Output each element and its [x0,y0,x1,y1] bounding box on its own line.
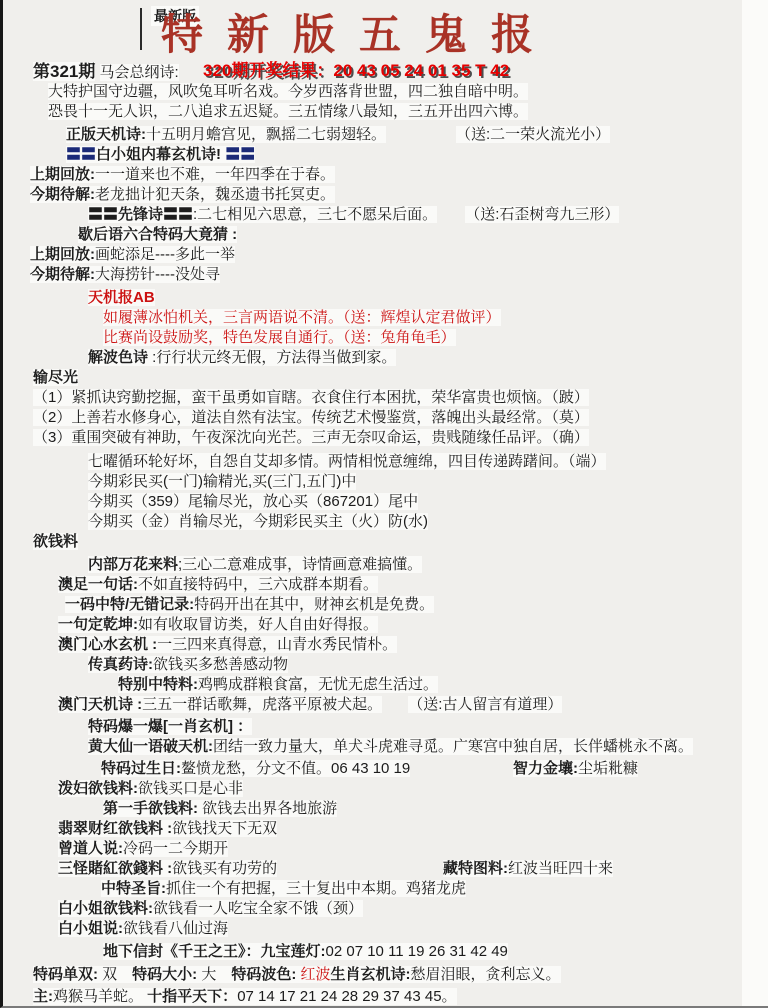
text-segment: 智力金壤: [513,760,578,777]
shujinguang-2: （2）上善若水修身心，道法自然有法宝。传统艺术慢鉴赏，落魄出头最经常。（莫） [3,408,745,428]
jiebose-poem: 解波色诗 :行行状元终无假，方法得当做到家。 [3,348,745,368]
text-segment: 〓〓先锋诗〓〓 [88,206,193,223]
text-segment: 藏特图料: [443,860,508,877]
text-segment: 双 [98,966,132,983]
text-segment: 十五明月蟾宫见，飘摇二七弱翅轻。 [146,126,386,143]
text-segment: 特码过生日: [101,760,181,777]
text-segment: :二七相见六思意，三七不愿呆后面。 [193,206,437,223]
text-segment: （送:古人留言有道理） [408,696,562,713]
shujinguang-1: （1）紧抓诀窍勤挖掘，蛮干虽勇如盲瞎。衣食住行本困扰，荣华富贵也烦恼。（跛） [3,388,745,408]
zhu-xiao-line: 主:鸡猴马羊蛇。 十指平天下：07 14 17 21 24 28 29 37 4… [3,987,745,1007]
text-segment: 今期买（金）肖输尽光，今期彩民买主（火）防(水) [88,513,428,530]
last-issue-replay-2: 上期回放:画蛇添足----多此一举 [3,245,745,265]
tianji-bao-ab-heading: 天机报AB [3,288,745,308]
text-segment: 07 14 17 21 24 28 29 37 43 45。 [237,988,456,1005]
text-segment: 一码中特/无错记录: [65,596,194,613]
text-segment: 翡翠财红欲钱料 : [58,820,172,837]
text-segment: 大海捞针----没处寻 [95,266,220,283]
text-segment: 澳门心水玄机 : [58,636,157,653]
text-segment: 白小姐内幕玄机诗! [96,146,225,163]
text-segment: 七曜循环轮好坏，自怨自艾却多情。两情相悦意缠绵，四目传递踌躇间。（端） [88,453,606,470]
text-segment: 九宝莲灯: [261,943,326,960]
text-segment: 传真药诗: [88,656,153,673]
text-segment: 解波色诗 [88,349,148,366]
text-segment: 团结一致力量大，单犬斗虎难寻觅。广寒宫中独自居，长伴蟠桃永不离。 [213,738,693,755]
text-segment: 地下信封《千王之王》： [103,943,261,960]
text-segment: 泼妇欲钱料: [58,780,138,797]
aozu-yijuhua: 澳足一句话:不如直接特码中，三六成群本期看。 [3,575,745,595]
text-segment: 欲钱看八仙过海 [123,920,228,937]
tema-shengri: 特码过生日:鳌愤龙愁，分文不值。06 43 10 19智力金壤:尘垢粃糠 [3,759,745,779]
text-segment: 欲钱料 [33,533,78,550]
text-segment: 欲钱买多愁善感动物 [153,656,288,673]
text-segment: 内部万花来料 [88,556,178,573]
text-segment: 02 07 10 11 19 26 31 42 49 [326,943,508,960]
yiju-qiankun: 一句定乾坤:如有收取冒访类，好人自由好得报。 [3,615,745,635]
text-segment: 红波当旺四十来 [508,860,613,877]
neibu-wanhua: 内部万花来料;三心二意难成事，诗情画意难搞懂。 [3,555,745,575]
text-segment: 如履薄冰怕机关，三言两语说不清。（送：辉煌认定君做评） [103,309,501,326]
text-segment: 欲钱看一人吃宝全家不饿（颈） [153,900,363,917]
text-segment: 鳌愤龙愁，分文不值。06 43 10 19 [181,760,410,777]
baixiaojie-shuo: 白小姐说:欲钱看八仙过海 [3,919,745,939]
text-segment: 抓住一个有把握，三十复出中本期。鸡猪龙虎 [166,880,466,897]
text-segment: 歇后语六合特码大竟猜 : [78,226,237,243]
text-segment: 天机报AB [88,289,155,306]
feicui-caihong: 翡翠财红欲钱料 :欲钱找天下无双 [3,819,745,839]
text-segment: 欲钱找天下无双 [172,820,277,837]
tianji-poem: 正版天机诗:十五明月蟾宫见，飘摇二七弱翅轻。（送:二一荣火流光小） [3,125,745,145]
pofu-yuqianliao: 泼妇欲钱料:欲钱买口是心非 [3,779,745,799]
text-segment: 主: [33,988,53,1005]
text-segment: 三五一群话歌舞，虎落平原被犬起。 [142,696,382,713]
text-segment: 今期买（359）尾输尽光，放心买（867201）尾中 [88,493,418,510]
baixiaojie-yuqianliao: 白小姐欲钱料:欲钱看一人吃宝全家不饿（颈） [3,899,745,919]
tebie-zhongteliao: 特别中特料:鸡鸭成群粮食富，无忧无虑生活过。 [3,675,745,695]
text-segment: 愁眉泪眼，贪利忘义。 [411,966,561,983]
yuqianliao-heading: 欲钱料 [3,532,745,552]
text-segment: 欲钱买口是心非 [138,780,243,797]
text-segment: 输尽光 [33,369,78,386]
text-segment: 十指平天下： [143,988,237,1005]
text-segment: （送:石歪树弯九三形） [465,206,619,223]
caimin-buy-1: 今期彩民买(一门)输精光,买(三门,五门)中 [3,472,745,492]
text-segment: 红波 [301,966,331,983]
tema-summary: 特码单双: 双 特码大小: 大 特码波色: 红波生肖玄机诗:愁眉泪眼，贪利忘义。 [3,965,745,985]
shujinguang-heading: 输尽光 [3,368,745,388]
zhongte-shengzhi: 中特圣旨:抓住一个有把握，三十复出中本期。鸡猪龙虎 [3,879,745,899]
page-title: 特新版五鬼报 [161,2,557,62]
xiehouyu-heading: 歇后语六合特码大竟猜 : [3,225,745,245]
text-segment: 特码波色: [231,966,300,983]
issue-prefix-label: 马会总纲诗: [100,64,179,81]
text-segment: （1）紧抓诀窍勤挖掘，蛮干虽勇如盲瞎。衣食住行本困扰，荣华富贵也烦恼。（跛） [33,389,589,406]
aomen-xinshui: 澳门心水玄机 :一三四来真得意，山青水秀民情朴。 [3,635,745,655]
text-segment: 正版天机诗: [66,126,146,143]
text-segment: 生肖玄机诗: [331,966,411,983]
text-segment: 一句定乾坤: [58,616,138,633]
issue-row: 第321期 马会总纲诗: [33,57,179,82]
this-issue-pending-1: 今期待解:老龙拙计犯天条，魏丞遗书托冥吏。 [3,185,745,205]
text-segment: 澳门天机诗 : [58,696,142,713]
content-lines: 大特护国守边疆，风吹兔耳听名戏。今岁西落背世盟，四二独自暗中明。恐畏十一无人识，… [3,82,745,1007]
last-issue-replay-1: 上期回放:一一道来也不难，一年四季在于春。 [3,165,745,185]
diyishou-yuqianliao: 第一手欲钱料: 欲钱去出界各地旅游 [3,799,745,819]
sanguai-duhong-right-column: 藏特图料:红波当旺四十来 [443,859,613,879]
text-segment: 大特护国守边疆，风吹兔耳听名戏。今岁西落背世盟，四二独自暗中明。 [48,83,528,100]
text-segment: 一一道来也不难，一年四季在于春。 [95,166,335,183]
text-segment: 白小姐欲钱料: [58,900,153,917]
text-segment: 三怪賭紅欲錢料 : [58,860,172,877]
text-segment: 一三四来真得意，山青水秀民情朴。 [157,636,397,653]
yima-zhongte: 一码中特/无错记录:特码开出在其中，财神玄机是免费。 [3,595,745,615]
xianfeng-poem: 〓〓先锋诗〓〓:二七相见六思意，三七不愿呆后面。（送:石歪树弯九三形） [3,205,745,225]
text-segment: 中特圣旨: [101,880,166,897]
tema-baoyibao: 特码爆一爆[一肖玄机] ： [3,717,745,737]
caimin-buy-3: 今期买（金）肖输尽光，今期彩民买主（火）防(水) [3,512,745,532]
text-segment: 白小姐说: [58,920,123,937]
text-segment: 不如直接特码中，三六成群本期看。 [138,576,378,593]
baixiaojie-banner: 〓〓白小姐内幕玄机诗! 〓〓 [3,145,745,165]
aomen-tianjishi: 澳门天机诗 :三五一群话歌舞，虎落平原被犬起。（送:古人留言有道理） [3,695,745,715]
text-segment: 今期待解: [30,186,95,203]
text-segment: 欲钱去出界各地旅游 [198,800,337,817]
sanguai-duhong: 三怪賭紅欲錢料 :欲钱买有功劳的藏特图料:红波当旺四十来 [3,859,745,879]
text-segment: 〓〓 [66,146,96,163]
shujinguang-3: （3）重围突破有神助，午夜深沈向光芒。三声无奈叹命运，贵贱随缘任品评。（确） [3,428,745,448]
text-segment: 冷码一二今期开 [123,840,228,857]
text-segment: 比赛尚设鼓励奖，特色发展自通行。（送：兔角龟毛） [103,329,456,346]
draw-result-overlay: 320期开奖结果：20 43 05 24 01 35 T 42 [203,56,509,81]
text-segment: （3）重围突破有神助，午夜深沈向光芒。三声无奈叹命运，贵贱随缘任品评。（确） [33,429,589,446]
text-segment: 曾道人说: [58,840,123,857]
text-segment: （送:二一荣火流光小） [456,126,610,143]
text-segment: 鸡猴马羊蛇。 [53,988,143,1005]
report-header: 最新版 特新版五鬼报 [3,0,768,56]
text-segment: 黄大仙一语破天机: [88,738,213,755]
text-segment: （2）上善若水修身心，道法自然有法宝。传统艺术慢鉴赏，落魄出头最经常。（莫） [33,409,589,426]
zongang-poem-1: 大特护国守边疆，风吹兔耳听名戏。今岁西落背世盟，四二独自暗中明。 [3,82,745,102]
text-segment: ;三心二意难成事，诗情画意难搞懂。 [178,556,422,573]
tianji-bao-line-2: 比赛尚设鼓励奖，特色发展自通行。（送：兔角龟毛） [3,328,745,348]
zongang-poem-2: 恐畏十一无人识，二八追求五迟疑。三五情缘八最知，三五开出四六博。 [3,102,745,122]
text-segment: :行行状元终无假，方法得当做到家。 [148,349,396,366]
text-segment: 特码单双: [33,966,98,983]
text-segment: 特码开出在其中，财神玄机是免费。 [194,596,434,613]
text-segment: 澳足一句话: [58,576,138,593]
text-segment: 画蛇添足----多此一举 [95,246,235,263]
title-divider [140,8,142,50]
text-segment: 如有收取冒访类，好人自由好得报。 [138,616,378,633]
page-margin-strip [742,0,768,1006]
text-segment: 特别中特料: [118,676,198,693]
text-segment: 今期待解: [30,266,95,283]
text-segment: 上期回放: [30,166,95,183]
text-segment: 特码爆一爆[一肖玄机] ： [88,718,252,735]
text-segment: 鸡鸭成群粮食富，无忧无虑生活过。 [198,676,438,693]
text-segment: 第一手欲钱料: [103,800,198,817]
issue-number: 第321期 [33,62,95,81]
caimin-buy-2: 今期买（359）尾输尽光，放心买（867201）尾中 [3,492,745,512]
this-issue-pending-2: 今期待解:大海捞针----没处寻 [3,265,745,285]
chuanzhen-yaoshi: 传真药诗:欲钱买多愁善感动物 [3,655,745,675]
text-segment: 老龙拙计犯天条，魏丞遗书托冥吏。 [95,186,335,203]
huangdaxian: 黄大仙一语破天机:团结一致力量大，单犬斗虎难寻觅。广寒宫中独自居，长伴蟠桃永不离… [3,737,745,757]
tema-shengri-right-column: 智力金壤:尘垢粃糠 [513,759,638,779]
qiyao-poem: 七曜循环轮好坏，自怨自艾却多情。两情相悦意缠绵，四目传递踌躇间。（端） [3,452,745,472]
tianji-bao-line-1: 如履薄冰怕机关，三言两语说不清。（送：辉煌认定君做评） [3,308,745,328]
text-segment: 特码大小: [132,966,197,983]
text-segment: 大 [197,966,231,983]
text-segment: 今期彩民买(一门)输精光,买(三门,五门)中 [88,473,356,490]
text-segment: 欲钱买有功劳的 [172,860,277,877]
text-segment: 恐畏十一无人识，二八追求五迟疑。三五情缘八最知，三五开出四六博。 [48,103,528,120]
zengdaoren-shuo: 曾道人说:冷码一二今期开 [3,839,745,859]
text-segment: 〓〓 [225,146,255,163]
dixia-xinfeng: 地下信封《千王之王》：九宝莲灯:02 07 10 11 19 26 31 42 … [3,942,745,962]
text-segment: 尘垢粃糠 [578,760,638,777]
text-segment: 上期回放: [30,246,95,263]
